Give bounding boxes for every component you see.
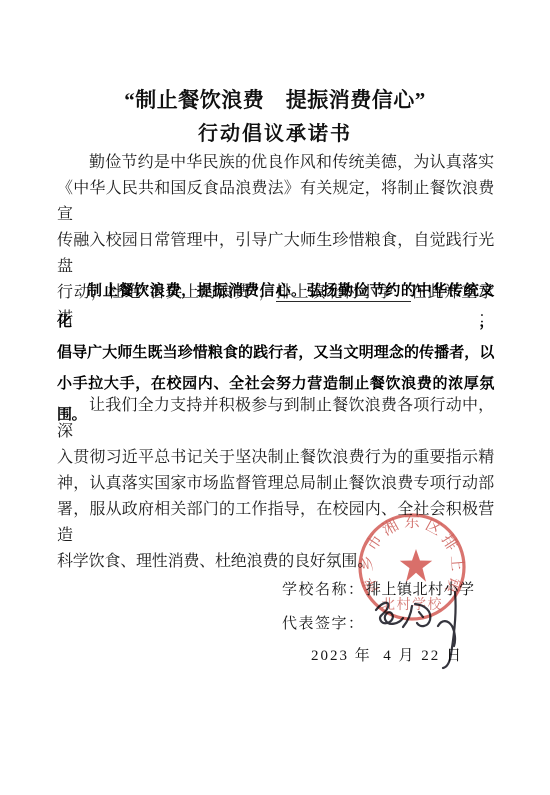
- paragraph-line: 神，认真落实国家市场监督管理总局制止餐饮浪费专项行动部: [57, 471, 494, 497]
- paragraph-line: 勤俭节约是中华民族的优良作风和传统美德，为认真落实: [57, 150, 494, 176]
- signature-stroke: [403, 606, 412, 627]
- seal-star-icon: [400, 549, 432, 582]
- document-title-line2: 行动倡议承诺书: [0, 117, 550, 146]
- paragraph-line: 制止餐饮浪费，提振消费信心。弘扬勤俭节约的中华传统文化，: [57, 275, 494, 337]
- paragraph-line: 倡导广大师生既当珍惜粮食的践行者，又当文明理念的传播者，以: [57, 337, 494, 368]
- document-page: “制止餐饮浪费 提振消费信心” 行动倡议承诺书 勤俭节约是中华民族的优良作风和传…: [0, 0, 550, 795]
- signature-stroke: [419, 612, 423, 617]
- paragraph-line: 让我们全力支持并积极参与到制止餐饮浪费各项行动中，深: [57, 393, 494, 445]
- signature-stroke: [376, 603, 403, 624]
- signature-stroke: [443, 592, 456, 668]
- document-title-line1: “制止餐饮浪费 提振消费信心”: [0, 84, 550, 114]
- seal-arc-text: 萍乡市湘东区排上镇: [358, 513, 467, 598]
- paragraph-line: 传融入校园日常管理中，引导广大师生珍惜粮食，自觉践行光盘: [57, 228, 494, 280]
- paragraph-line: 《中华人民共和国反食品浪费法》有关规定，将制止餐饮浪费宣: [57, 176, 494, 228]
- paragraph-line: 入贯彻习近平总书记关于坚决制止餐饮浪费行为的重要指示精: [57, 445, 494, 471]
- handwritten-signature: [372, 588, 472, 673]
